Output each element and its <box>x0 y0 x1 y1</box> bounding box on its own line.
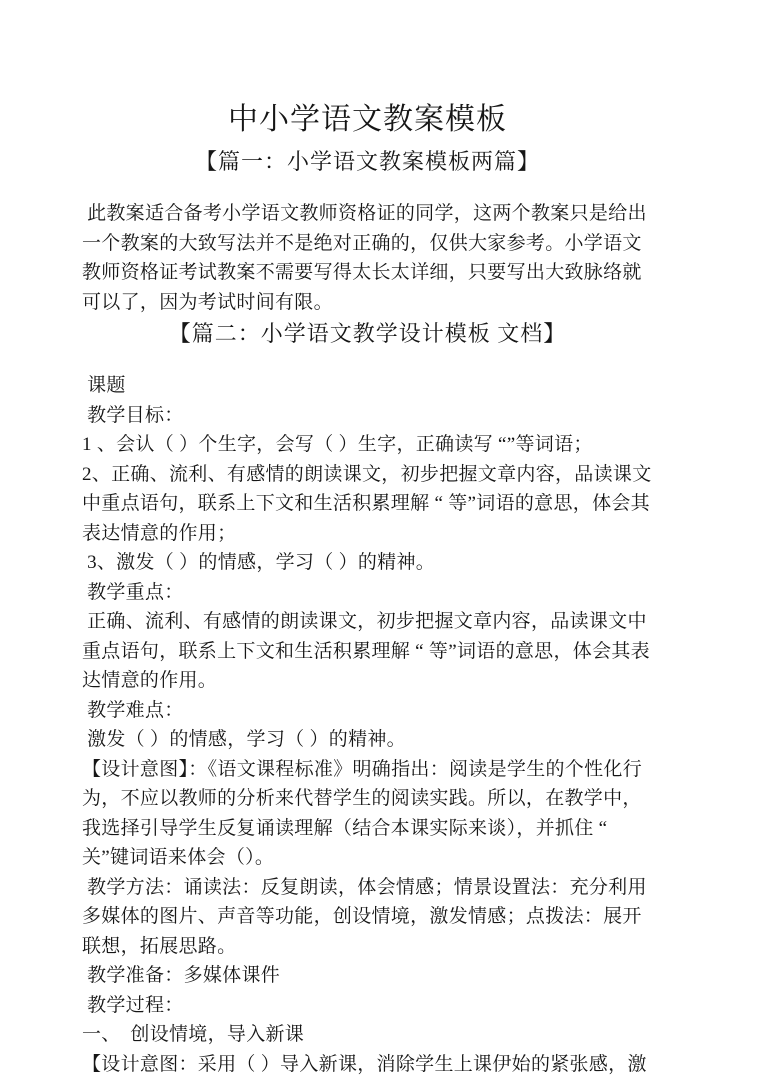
body-paragraph-design-intent: 【设计意图】：《语文课程标准》明确指出：阅读是学生的个性化行为，不应以教师的分析… <box>82 755 653 873</box>
body-paragraph-teaching-methods: 教学方法：诵读法：反复朗读，体会情感；情景设置法：充分利用多媒体的图片、声音等功… <box>82 873 653 962</box>
body-paragraph-step-one: 一、 创设情境，导入新课 <box>82 1020 653 1050</box>
body-paragraph-difficulties-label: 教学难点： <box>82 696 653 726</box>
body-paragraph-objective-2: 2、正确、流利、有感情的朗读课文，初步把握文章内容，品读课文中重点语句，联系上下… <box>82 460 653 549</box>
body-paragraph-teaching-process-label: 教学过程： <box>82 991 653 1021</box>
body-paragraph-key-points-label: 教学重点： <box>82 578 653 608</box>
body-paragraph-objective-1: 1 、会认（ ）个生字，会写（ ）生字，正确读写 “”等词语； <box>82 430 653 460</box>
body-paragraph-step-one-intent: 【设计意图：采用（ ）导入新课，消除学生上课伊始的紧张感，激 <box>82 1050 653 1080</box>
body-paragraph-difficulties: 激发（ ）的情感，学习（ ）的精神。 <box>82 725 653 755</box>
section1-heading: 【篇一：小学语文教案模板两篇】 <box>82 147 653 177</box>
document-page: 中小学语文教案模板 【篇一：小学语文教案模板两篇】 此教案适合备考小学语文教师资… <box>0 0 763 1080</box>
body-paragraph-objectives-label: 教学目标： <box>82 401 653 431</box>
section1-paragraph: 此教案适合备考小学语文教师资格证的同学，这两个教案只是给出一个教案的大致写法并不… <box>82 199 653 317</box>
body-paragraph-teaching-preparation: 教学准备：多媒体课件 <box>82 961 653 991</box>
body-paragraph-key-points: 正确、流利、有感情的朗读课文，初步把握文章内容，品读课文中重点语句，联系上下文和… <box>82 607 653 696</box>
document-title: 中小学语文教案模板 <box>82 100 653 139</box>
section2-body: 课题 教学目标： 1 、会认（ ）个生字，会写（ ）生字，正确读写 “”等词语；… <box>82 371 653 1079</box>
section2-heading: 【篇二：小学语文教学设计模板 文档】 <box>82 319 653 349</box>
body-paragraph-objective-3: 3、激发（ ）的情感，学习（ ）的精神。 <box>82 548 653 578</box>
body-paragraph-course-title: 课题 <box>82 371 653 401</box>
